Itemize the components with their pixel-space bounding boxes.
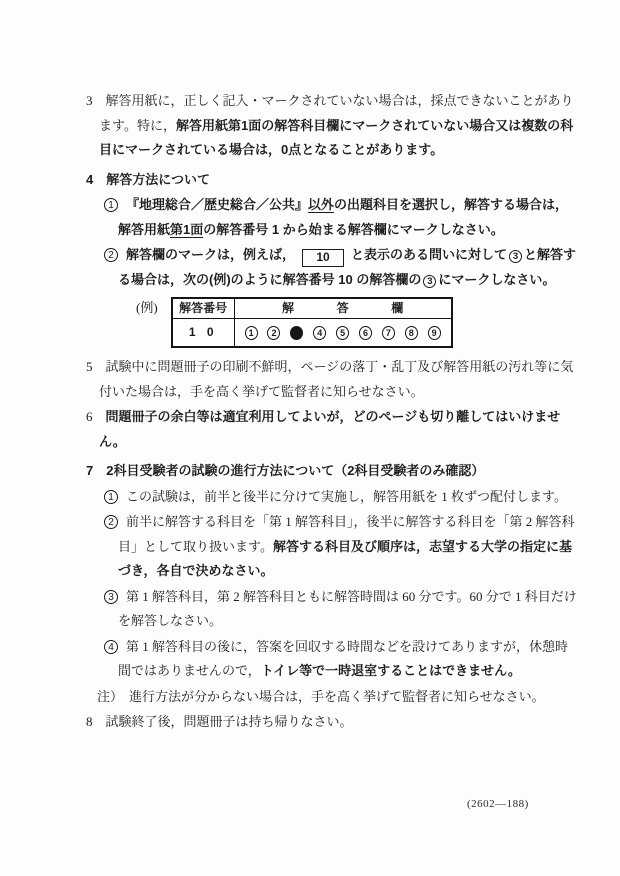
circled-digit-ref: 3	[509, 250, 522, 263]
item-4-title: 解答方法について	[106, 172, 210, 187]
text-segment: と表示のある問いに対して	[351, 247, 507, 262]
circled-number-1: 1	[104, 198, 118, 212]
item-7-sub-4: 4第 1 解答科目の後に，答案を回収する時間などを設けてありますが，休憩時間では…	[104, 635, 578, 684]
item-7-number: 7	[86, 463, 93, 478]
item-7-note: 注）進行方法が分からない場合は，手を高く挙げて監督者に知らせなさい。	[97, 685, 578, 710]
item-4-number: 4	[86, 172, 93, 187]
item-7-sub-3: 3第 1 解答科目，第 2 解答科目ともに解答時間は 60 分です。60 分で …	[104, 585, 578, 634]
example-label: (例)	[136, 297, 158, 318]
item-4-sub-1: 1『地理総合／歴史総合／公共』以外の出題科目を選択し，解答する場合は，解答用紙第…	[104, 193, 578, 242]
item-8-number: 8	[86, 714, 93, 729]
item-7-sub-3-text: 第 1 解答科目，第 2 解答科目ともに解答時間は 60 分です。60 分で 1…	[118, 589, 577, 629]
text-segment: 『地理総合／歴史総合／公共』	[126, 197, 308, 212]
answer-field-header-char: 欄	[391, 299, 403, 318]
note-text: 進行方法が分からない場合は，手を高く挙げて監督者に知らせなさい。	[129, 689, 545, 704]
note-label: 注）	[97, 689, 123, 704]
mark-bubble: 4	[313, 326, 326, 340]
mark-bubble: 1	[245, 326, 258, 340]
circled-number-4: 4	[104, 640, 118, 654]
text-segment: 第1面	[170, 222, 203, 237]
item-5: 5試験中に問題冊子の印刷不鮮明，ページの落丁・乱丁及び解答用紙の汚れ等に気付いた…	[86, 355, 578, 404]
circled-number-3: 3	[104, 590, 118, 604]
item-7-heading: 72科目受験者の試験の進行方法について（2科目受験者のみ確認）	[86, 459, 578, 484]
circled-number-1: 1	[104, 490, 118, 504]
answer-field-header: 解 答 欄	[235, 299, 451, 318]
item-3-text: 解答用紙に，正しく記入・マークされていない場合は，採点できないことがあります。特…	[99, 93, 574, 157]
item-5-number: 5	[86, 359, 93, 374]
circled-digit-ref: 3	[423, 275, 436, 288]
item-3-number: 3	[86, 93, 93, 108]
answer-example-block: (例) 解答番号 解 答 欄 1 0 1 2 3 4	[136, 297, 578, 348]
answer-number-cell: 1 0	[173, 319, 235, 346]
item-7-sub-4-text: 第 1 解答科目の後に，答案を回収する時間などを設けてありますが，休憩時間ではあ…	[118, 639, 568, 679]
mark-bubble: 9	[428, 326, 441, 340]
item-3: 3解答用紙に，正しく記入・マークされていない場合は，採点できないことがあります。…	[86, 89, 578, 163]
answer-mark-bubbles: 1 2 3 4 5 6 7 8 9	[235, 319, 451, 346]
answer-field-header-char: 答	[337, 299, 349, 318]
mark-bubble: 6	[359, 326, 372, 340]
mark-bubble: 5	[336, 326, 349, 340]
item-7-sub-2-text: 前半に解答する科目を「第 1 解答科目」，後半に解答する科目を「第 2 解答科目…	[118, 514, 575, 578]
item-7-sub-1: 1この試験は，前半と後半に分けて実施し，解答用紙を 1 枚ずつ配付します。	[104, 485, 578, 510]
item-8-text: 試験終了後，問題冊子は持ち帰りなさい。	[106, 714, 353, 729]
item-7-sub-1-text: この試験は，前半と後半に分けて実施し，解答用紙を 1 枚ずつ配付します。	[126, 489, 567, 504]
answer-number-header: 解答番号	[173, 299, 235, 318]
answer-field-header-char: 解	[282, 299, 294, 318]
mark-bubble: 2	[267, 326, 280, 340]
mark-bubble-filled: 3	[290, 326, 303, 340]
item-4-heading: 4解答方法について	[86, 168, 578, 193]
item-4-sub-2: 2解答欄のマークは，例えば，10と表示のある問いに対して3と解答する場合は，次の…	[104, 243, 578, 292]
item-7-sub-2: 2前半に解答する科目を「第 1 解答科目」，後半に解答する科目を「第 2 解答科…	[104, 510, 578, 584]
text-segment: 問題冊子の余白等は適宜利用してよいが，どのページも切り離してはいけません。	[99, 409, 560, 449]
answer-table-data-row: 1 0 1 2 3 4 5 6 7 8 9	[173, 319, 451, 346]
page-code: (2602—188)	[467, 798, 529, 810]
text-segment: 以外	[308, 197, 334, 212]
text-segment: 試験中に問題冊子の印刷不鮮明，ページの落丁・乱丁及び解答用紙の汚れ等に気付いた場…	[99, 359, 573, 399]
item-6: 6問題冊子の余白等は適宜利用してよいが，どのページも切り離してはいけません。	[86, 405, 578, 454]
answer-table-header-row: 解答番号 解 答 欄	[173, 299, 451, 319]
text-segment: トイレ等で一時退室することはできません。	[261, 663, 521, 678]
item-6-number: 6	[86, 409, 93, 424]
text-segment: 試験終了後，問題冊子は持ち帰りなさい。	[106, 714, 353, 729]
item-5-text: 試験中に問題冊子の印刷不鮮明，ページの落丁・乱丁及び解答用紙の汚れ等に気付いた場…	[99, 359, 573, 399]
item-4-sub-1-text: 『地理総合／歴史総合／公共』以外の出題科目を選択し，解答する場合は，解答用紙第1…	[118, 197, 568, 237]
exam-instruction-page: 3解答用紙に，正しく記入・マークされていない場合は，採点できないことがあります。…	[0, 0, 620, 876]
circled-number-2: 2	[104, 515, 118, 529]
item-4-sub-2-text: 解答欄のマークは，例えば，10と表示のある問いに対して3と解答する場合は，次の(…	[118, 247, 576, 287]
answer-example-table: 解答番号 解 答 欄 1 0 1 2 3 4 5 6	[171, 297, 453, 348]
item-6-text: 問題冊子の余白等は適宜利用してよいが，どのページも切り離してはいけません。	[99, 409, 560, 449]
text-segment: の解答番号 1 から始まる解答欄にマークしなさい。	[203, 222, 503, 237]
mark-bubble: 7	[382, 326, 395, 340]
circled-number-2: 2	[104, 248, 118, 262]
boxed-answer-number: 10	[302, 249, 344, 267]
text-segment: 解答欄のマークは，例えば，	[126, 247, 295, 262]
instruction-content: 3解答用紙に，正しく記入・マークされていない場合は，採点できないことがあります。…	[86, 88, 578, 735]
mark-bubble: 8	[405, 326, 418, 340]
text-segment: この試験は，前半と後半に分けて実施し，解答用紙を 1 枚ずつ配付します。	[126, 489, 567, 504]
item-7-title: 2科目受験者の試験の進行方法について（2科目受験者のみ確認）	[106, 463, 484, 478]
text-segment: にマークしなさい。	[438, 272, 555, 287]
text-segment: 第 1 解答科目，第 2 解答科目ともに解答時間は 60 分です。60 分で 1…	[118, 589, 577, 629]
item-8: 8試験終了後，問題冊子は持ち帰りなさい。	[86, 710, 578, 735]
